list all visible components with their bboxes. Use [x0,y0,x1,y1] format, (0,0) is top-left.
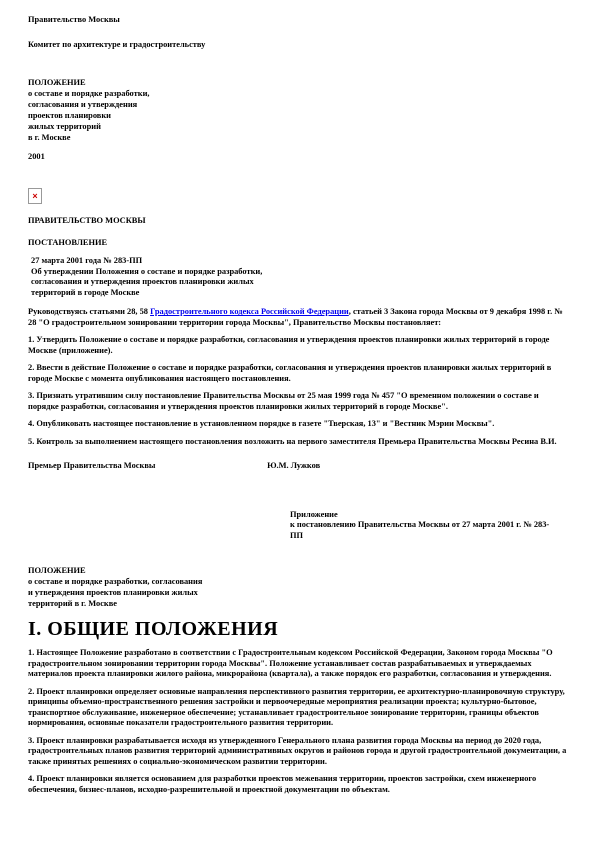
annex-paragraph-2: 2. Проект планировки определяет основные… [28,687,567,729]
decree-item-3: 3. Признать утратившим силу постановлени… [28,391,567,412]
town-planning-code-link[interactable]: Градостроительного кодекса Российской Фе… [150,307,349,316]
annex-paragraph-1: 1. Настоящее Положение разработано в соо… [28,648,567,680]
document-title-line: жилых территорий [28,121,567,132]
document-title-line: о составе и порядке разработки, [28,88,567,99]
annex-title: ПОЛОЖЕНИЕ о составе и порядке разработки… [28,565,567,609]
broken-image-x-glyph: × [32,192,37,201]
document-page: Правительство Москвы Комитет по архитект… [0,0,595,842]
decree-item-5: 5. Контроль за выполнением настоящего по… [28,437,567,448]
decree-authority: ПРАВИТЕЛЬСТВО МОСКВЫ [28,215,567,226]
preamble-text-before-link: Руководствуясь статьями 28, 58 [28,307,150,316]
decree-type: ПОСТАНОВЛЕНИЕ [28,237,567,248]
decree-date-number: 27 марта 2001 года № 283-ПП [31,256,567,267]
decree-preamble: Руководствуясь статьями 28, 58 Градостро… [28,307,567,328]
annex-paragraph-3: 3. Проект планировки разрабатывается исх… [28,736,567,768]
decree-item-2: 2. Ввести в действие Положение о составе… [28,363,567,384]
annex-note-label: Приложение [290,510,562,521]
document-title-line: ПОЛОЖЕНИЕ [28,77,567,88]
decree-subject-line: территорий в городе Москве [31,288,567,299]
annex-note: Приложение к постановлению Правительства… [290,510,562,542]
document-title: ПОЛОЖЕНИЕ о составе и порядке разработки… [28,77,567,143]
issuing-authority: Правительство Москвы [28,14,567,25]
section-heading-general-provisions: I. ОБЩИЕ ПОЛОЖЕНИЯ [28,617,567,641]
annex-title-line: и утверждения проектов планировки жилых [28,587,567,598]
document-title-line: в г. Москве [28,132,567,143]
decree-item-1: 1. Утвердить Положение о составе и поряд… [28,335,567,356]
decree-caption: 27 марта 2001 года № 283-ПП Об утвержден… [31,256,567,298]
annex-title-line: о составе и порядке разработки, согласов… [28,576,567,587]
annex-paragraph-4: 4. Проект планировки является основанием… [28,774,567,795]
annex-note-reference: к постановлению Правительства Москвы от … [290,520,562,541]
decree-item-4: 4. Опубликовать настоящее постановление … [28,419,567,430]
signature-name: Ю.М. Лужков [267,461,320,470]
signature-position: Премьер Правительства Москвы [28,461,265,472]
decree-subject-line: Об утверждении Положения о составе и пор… [31,267,567,278]
broken-image-icon: × [28,188,42,204]
document-title-line: согласования и утверждения [28,99,567,110]
document-year: 2001 [28,151,567,162]
annex-title-line: территорий в г. Москве [28,598,567,609]
annex-title-line: ПОЛОЖЕНИЕ [28,565,567,576]
decree-subject-line: согласования и утверждения проектов план… [31,277,567,288]
document-title-line: проектов планировки [28,110,567,121]
signature-row: Премьер Правительства Москвы Ю.М. Лужков [28,461,567,472]
issuing-committee: Комитет по архитектуре и градостроительс… [28,39,567,50]
